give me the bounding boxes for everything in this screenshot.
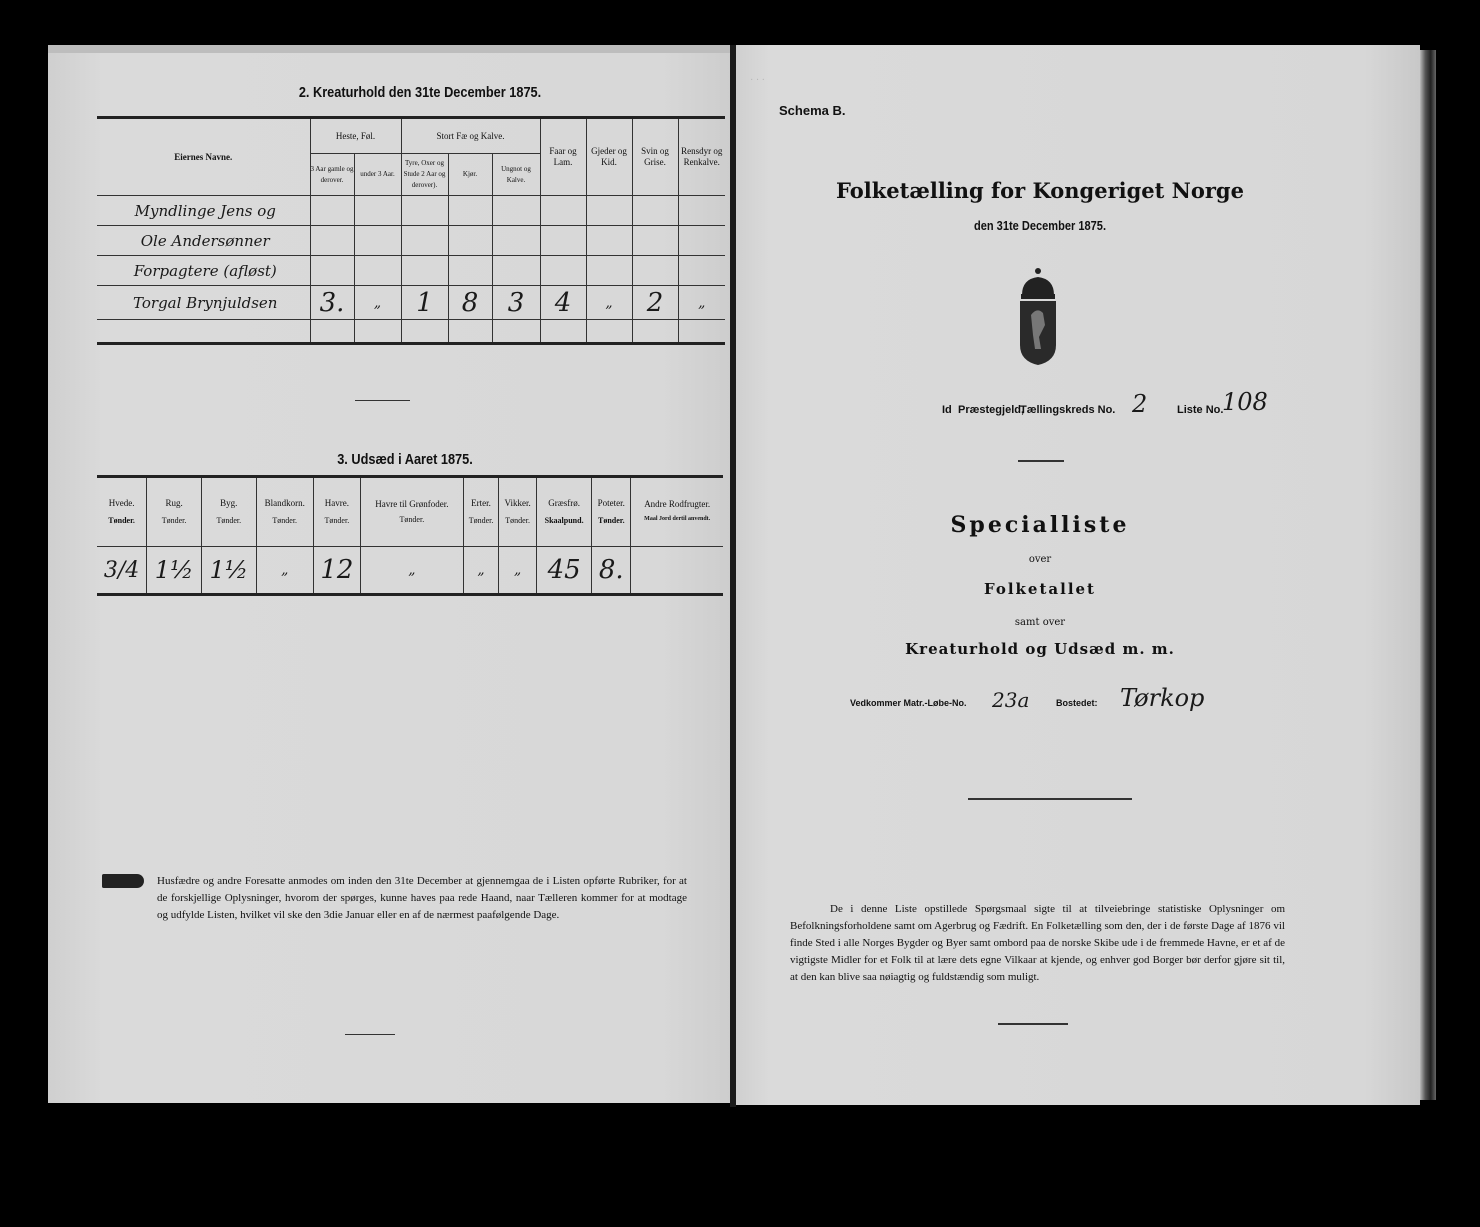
- vetch-value: „: [499, 547, 537, 595]
- section3-title: 3. Udsæd i Aaret 1875.: [265, 451, 546, 468]
- horses-under3-value: „: [354, 286, 401, 320]
- faded-header-ghost: · · ·: [750, 75, 765, 86]
- kreds-value: 2: [1132, 390, 1147, 418]
- pigs-value: 2: [632, 286, 678, 320]
- sowing-col-10: Andre Rodfrugter.Maal Jord dertil anvend…: [631, 477, 723, 547]
- book-spine: [730, 45, 736, 1107]
- horses-header: Heste, Føl.: [310, 118, 401, 154]
- livestock-data-row: Torgal Brynjuldsen 3. „ 1 8 3 4 „ 2 „: [97, 286, 725, 320]
- sowing-col-8: Græsfrø.Skaalpund.: [536, 477, 591, 547]
- kreds-label: Tællingskreds No.: [1020, 404, 1115, 416]
- horses-3yr-value: 3.: [310, 286, 354, 320]
- grass-seed-value: 45: [536, 547, 591, 595]
- peas-value: „: [463, 547, 499, 595]
- root-crops-value: [631, 547, 723, 595]
- sowing-col-6: Erter.Tønder.: [463, 477, 499, 547]
- owner-line-2: Ole Andersønner: [97, 226, 310, 256]
- liste-label: Liste No.: [1177, 404, 1223, 416]
- barley-value: 1½: [201, 547, 256, 595]
- folketallet-title: Folketallet: [940, 580, 1140, 598]
- cows-header: Kjør.: [448, 154, 492, 196]
- goats-header: Gjeder og Kid.: [586, 118, 632, 196]
- reindeer-header: Rensdyr og Renkalve.: [678, 118, 725, 196]
- samt-over-label: samt over: [990, 617, 1090, 628]
- sowing-col-0: Hvede.Tønder.: [97, 477, 147, 547]
- parish-prefix: Id: [942, 404, 952, 416]
- sowing-col-1: Rug.Tønder.: [147, 477, 202, 547]
- prestegjeld-label: Præstegjeld,: [958, 404, 1024, 416]
- norway-coat-of-arms-icon: [1017, 265, 1059, 365]
- over-label: over: [990, 554, 1090, 565]
- rye-value: 1½: [147, 547, 202, 595]
- horses-3yr-header: 3 Aar gamle og derover.: [310, 154, 354, 196]
- pointing-hand-icon: [102, 874, 144, 888]
- schema-label: Schema B.: [779, 103, 845, 118]
- sowing-col-2: Byg.Tønder.: [201, 477, 256, 547]
- page-edge: [1420, 50, 1436, 1100]
- bulls-value: 1: [401, 286, 448, 320]
- divider-rule: [355, 400, 410, 401]
- owner-names-header: Eiernes Navne.: [97, 118, 310, 196]
- potatoes-value: 8.: [592, 547, 631, 595]
- cows-value: 8: [448, 286, 492, 320]
- bottom-rule: [998, 1023, 1068, 1025]
- sheep-header: Faar og Lam.: [540, 118, 586, 196]
- pigs-header: Svin og Grise.: [632, 118, 678, 196]
- calves-value: 3: [492, 286, 540, 320]
- sowing-col-3: Blandkorn.Tønder.: [256, 477, 313, 547]
- sowing-col-7: Vikker.Tønder.: [499, 477, 537, 547]
- reindeer-value: „: [678, 286, 725, 320]
- green-oats-value: „: [360, 547, 463, 595]
- bostedet-value: Tørkop: [1120, 684, 1204, 712]
- owner-line-3: Forpagtere (afløst): [97, 256, 310, 286]
- long-rule: [968, 798, 1132, 800]
- oats-value: 12: [313, 547, 360, 595]
- matr-label: Vedkommer Matr.-Løbe-No.: [850, 698, 967, 708]
- sowing-col-5: Havre til Grønfoder.Tønder.: [360, 477, 463, 547]
- main-title: Folketælling for Kongeriget Norge: [820, 178, 1260, 203]
- sowing-col-9: Poteter.Tønder.: [592, 477, 631, 547]
- page-corner: [38, 1108, 159, 1212]
- matr-value: 23a: [992, 688, 1029, 712]
- wheat-value: 3/4: [97, 547, 147, 595]
- kreaturhold-title: Kreaturhold og Udsæd m. m.: [880, 640, 1200, 658]
- section2-title: 2. Kreaturhold den 31te December 1875.: [233, 84, 607, 101]
- instructions-notice: Husfædre og andre Foresatte anmodes om i…: [157, 873, 687, 924]
- sowing-col-4: Havre.Tønder.: [313, 477, 360, 547]
- cattle-header: Stort Fæ og Kalve.: [401, 118, 540, 154]
- bostedet-label: Bostedet:: [1056, 698, 1098, 708]
- sowing-table: Hvede.Tønder. Rug.Tønder. Byg.Tønder. Bl…: [97, 475, 723, 596]
- owner-line-4: Torgal Brynjuldsen: [97, 286, 310, 320]
- matr-line: Vedkommer Matr.-Løbe-No. 23a Bostedet: T…: [850, 688, 1230, 728]
- specialliste-title: Specialliste: [900, 512, 1180, 538]
- purpose-paragraph: De i denne Liste opstillede Spørgsmaal s…: [790, 901, 1285, 986]
- goats-value: „: [586, 286, 632, 320]
- sowing-data-row: 3/4 1½ 1½ „ 12 „ „ „ 45 8.: [97, 547, 723, 595]
- notice-rule: [345, 1034, 395, 1035]
- horses-under3-header: under 3 Aar.: [354, 154, 401, 196]
- owner-line-1: Myndlinge Jens og: [97, 196, 310, 226]
- mixed-grain-value: „: [256, 547, 313, 595]
- calves-header: Ungnot og Kalve.: [492, 154, 540, 196]
- sheep-value: 4: [540, 286, 586, 320]
- date-line: den 31te December 1875.: [921, 218, 1159, 233]
- liste-value: 108: [1222, 388, 1268, 416]
- short-rule: [1018, 460, 1064, 462]
- livestock-table: Eiernes Navne. Heste, Føl. Stort Fæ og K…: [97, 116, 725, 345]
- bulls-header: Tyre, Oxer og Stude 2 Aar og derover).: [401, 154, 448, 196]
